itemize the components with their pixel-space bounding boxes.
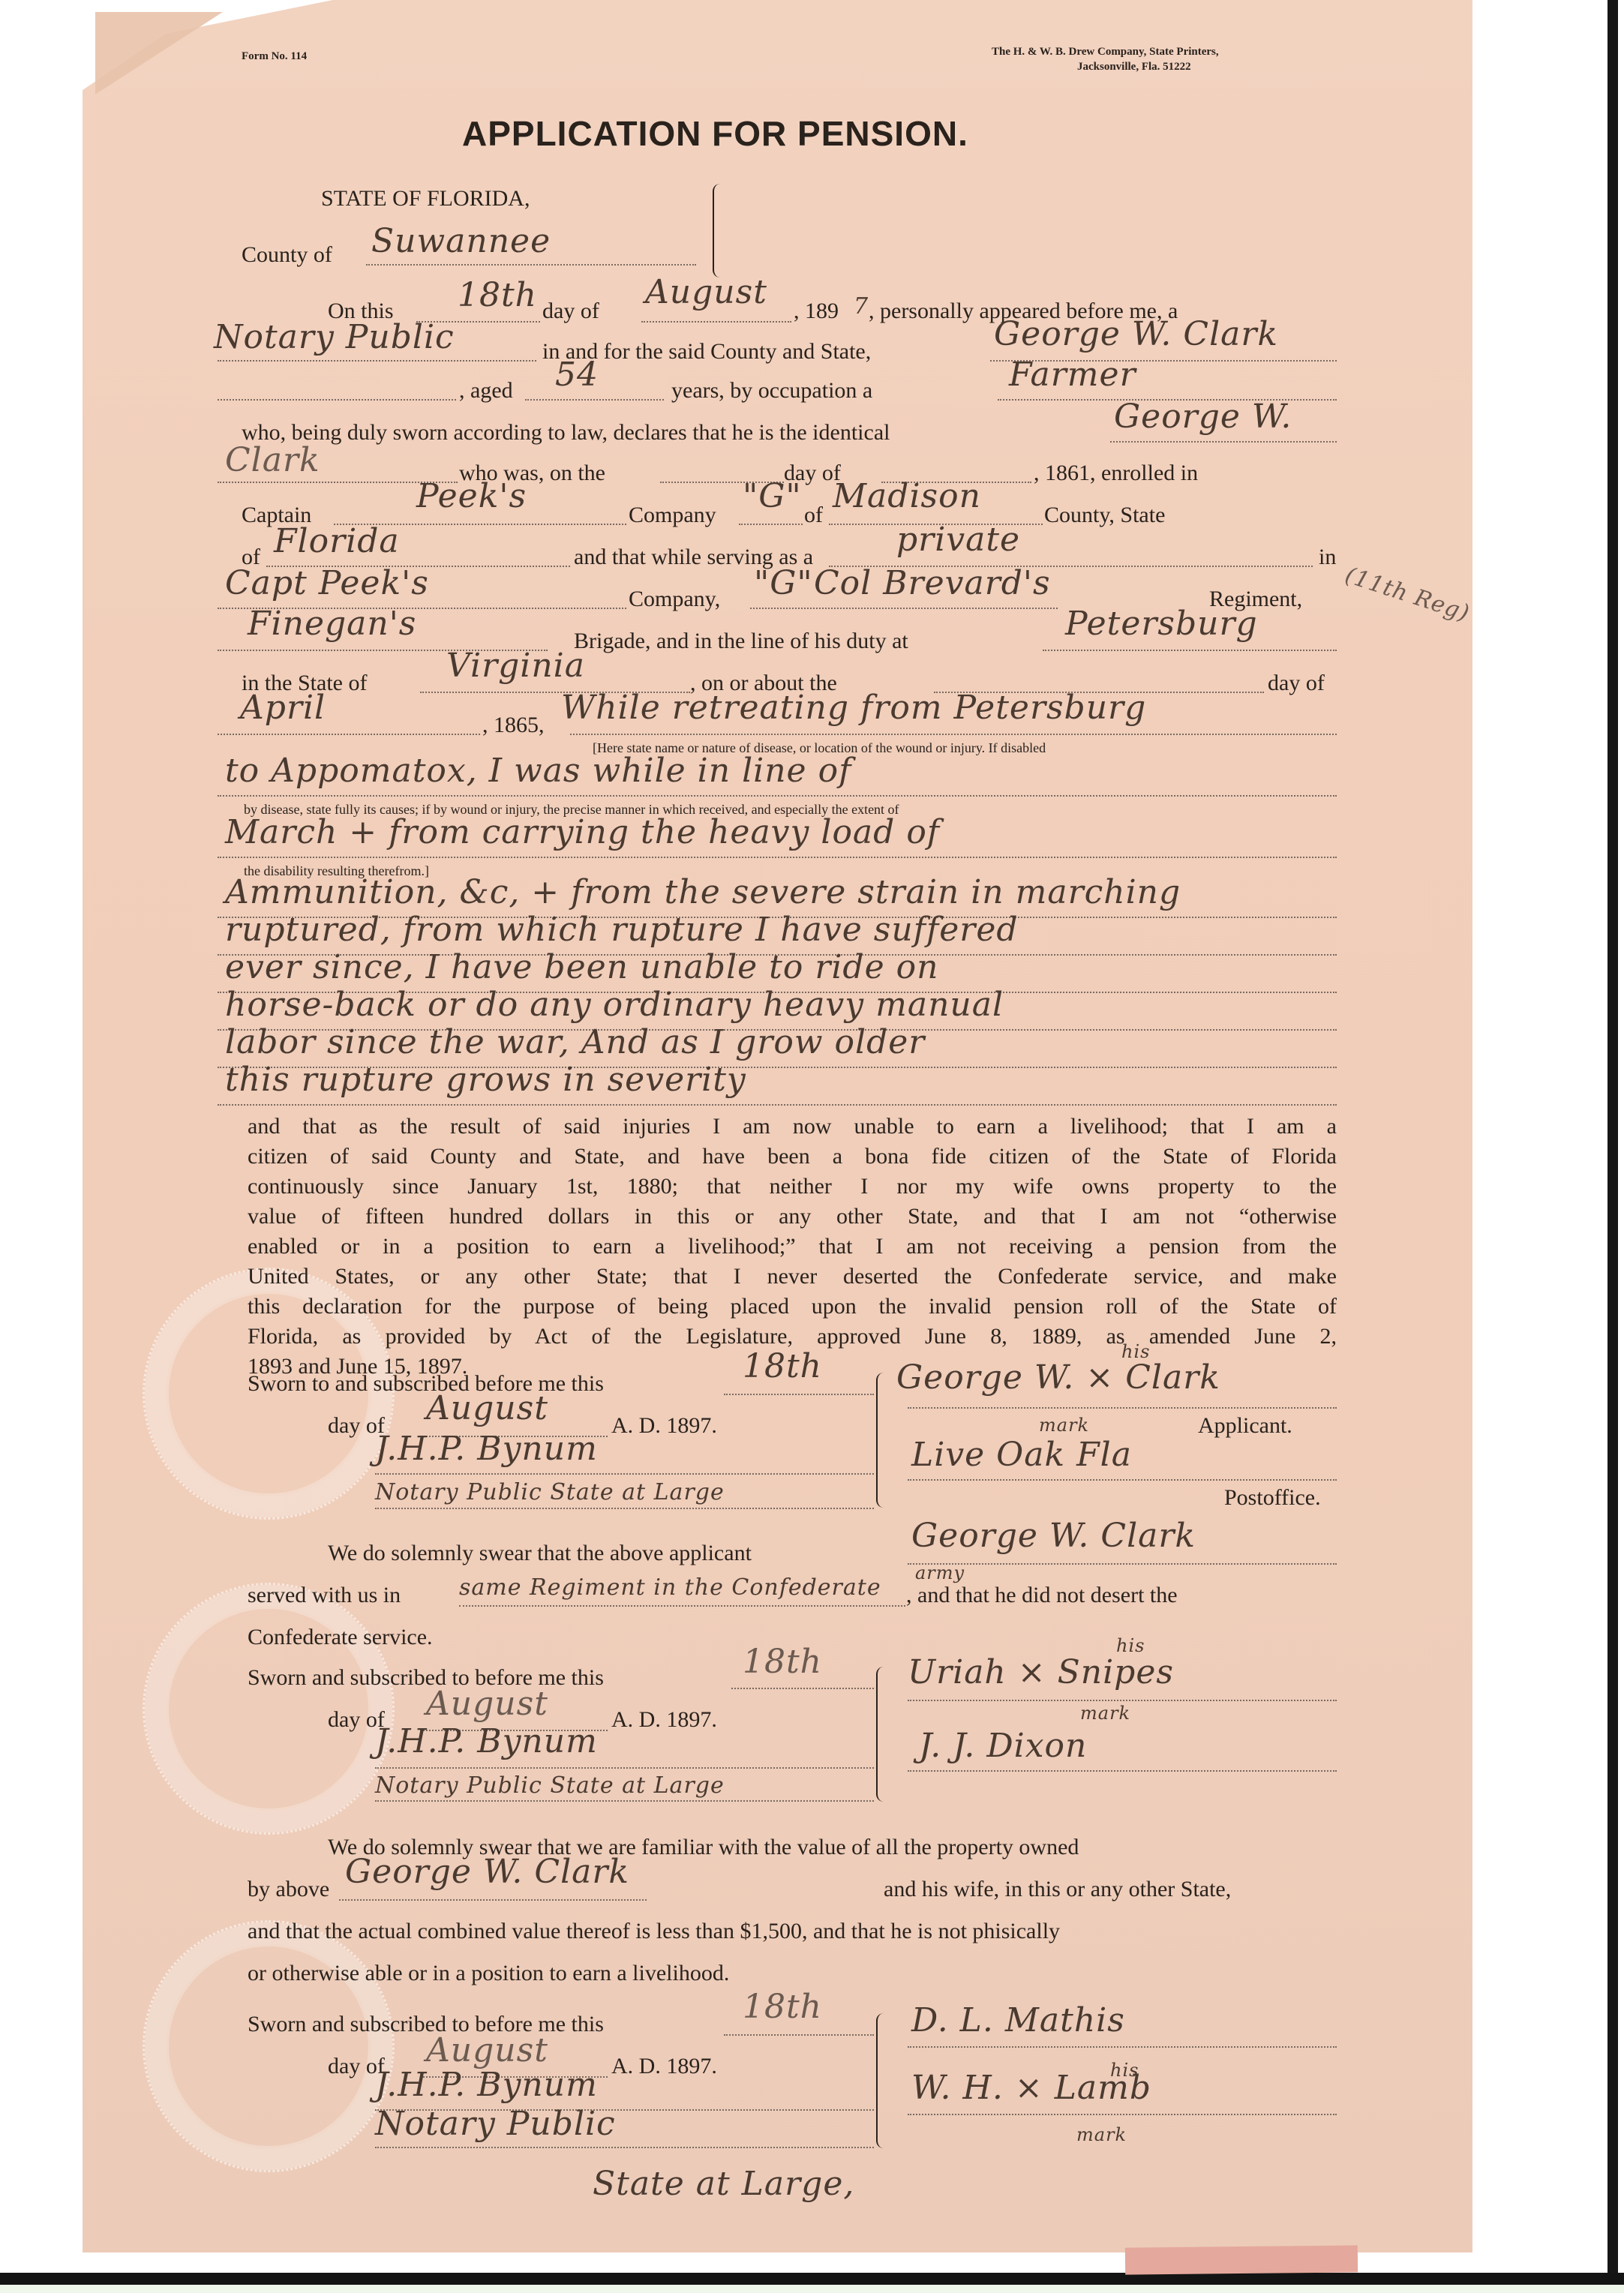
witness3-line	[908, 2046, 1337, 2048]
company2-label: Company,	[629, 588, 720, 611]
identical-text: who, being duly sworn according to law, …	[242, 422, 890, 444]
attached-slip	[1125, 2245, 1358, 2274]
of-label: of	[804, 504, 823, 527]
his-label: his	[1110, 2061, 1139, 2079]
in-label: in	[1319, 546, 1336, 569]
name-cont-line	[218, 399, 456, 401]
jurat1-notary-signature: J.H.P. Bynum	[375, 1433, 598, 1466]
company-value: "G"	[743, 480, 802, 513]
property-name-value: George W. Clark	[345, 1856, 629, 1889]
witness1-line	[908, 1700, 1337, 1701]
jurat2-ad-year: A. D. 1897.	[611, 1709, 717, 1731]
capt-company-value: Capt Peek's	[225, 567, 429, 600]
served-value: same Regiment in the Confederate	[459, 1577, 881, 1599]
years-occupation-text: years, by occupation a	[671, 380, 872, 402]
county-line	[366, 264, 696, 266]
jurat1-brace	[876, 1373, 890, 1508]
postoffice-label: Postoffice.	[1224, 1487, 1321, 1509]
statement-text-1: While retreating from Petersburg	[561, 692, 1146, 725]
statement-line-3	[218, 857, 1337, 858]
jurat1-day-line	[724, 1394, 874, 1395]
regiment-line	[750, 608, 1058, 609]
embossed-seal-icon	[143, 1920, 395, 2172]
statement-line-9	[218, 1104, 1337, 1106]
declaration-body: and that as the result of said injuries …	[248, 1112, 1337, 1382]
month-line	[641, 321, 791, 323]
officer-line	[218, 360, 536, 362]
statement-text-2: to Appomatox, I was while in line of	[225, 755, 851, 788]
jurat3-title-line	[375, 2147, 874, 2148]
jurat3-day-line	[724, 2034, 874, 2036]
venue-brace	[713, 184, 726, 278]
jurat3-notary-title-2: State at Large,	[593, 2168, 854, 2201]
jurat3-ad-year: A. D. 1897.	[611, 2055, 717, 2078]
witness2-signature: J. J. Dixon	[919, 1730, 1087, 1763]
witness-oath-text-4: Confederate service.	[248, 1626, 433, 1649]
scan-frame-bottom	[0, 2273, 1624, 2285]
age-line	[525, 399, 664, 401]
served-line	[459, 1605, 905, 1607]
county2-value: Madison	[833, 480, 981, 513]
by-above-label: by above	[248, 1878, 329, 1901]
identical-name-1: George W.	[1114, 401, 1292, 434]
year-suffix: 7	[854, 296, 869, 318]
jurat3-notary-signature: J.H.P. Bynum	[375, 2069, 598, 2102]
body-line: this declaration for the purpose of bein…	[248, 1292, 1337, 1322]
company-label: Company	[629, 504, 716, 527]
witness-oath-text-1: We do solemnly swear that the above appl…	[328, 1542, 752, 1565]
county-state-text: County, State	[1044, 504, 1165, 527]
mark-label: mark	[1039, 1416, 1089, 1434]
his-label: his	[1116, 1637, 1145, 1655]
jurat1-day-value: 18th	[743, 1350, 822, 1383]
statement-text-8: labor since the war, And as I grow older	[225, 1026, 925, 1059]
jurat1-notary-title: Notary Public State at Large	[375, 1481, 725, 1504]
witness4-line	[908, 2114, 1337, 2115]
jurat2-notary-title: Notary Public State at Large	[375, 1775, 725, 1797]
applicant-label: Applicant.	[1198, 1415, 1292, 1437]
month2-value: April	[240, 692, 326, 725]
jurat3-brace	[876, 2013, 890, 2148]
witness-oath-text-3: , and that he did not desert the	[906, 1584, 1178, 1607]
county-value: Suwannee	[371, 225, 551, 258]
rank-value: private	[896, 524, 1020, 557]
body-line: enabled or in a position to earn a livel…	[248, 1232, 1337, 1262]
company-line	[739, 524, 803, 525]
witness3-signature: D. L. Mathis	[911, 2004, 1125, 2037]
state-label: STATE OF FLORIDA,	[321, 188, 530, 210]
scan-frame-right	[1607, 0, 1618, 2284]
day-of-label: day of	[542, 300, 599, 323]
captain-value: Peek's	[416, 480, 527, 513]
statement-line-2	[218, 795, 1337, 797]
statement-text-7: horse-back or do any ordinary heavy manu…	[225, 989, 1004, 1022]
month2-line	[218, 734, 480, 735]
witness-oath-text-2: served with us in	[248, 1584, 401, 1607]
age-value: 54	[555, 359, 599, 392]
jurat2-day-line	[731, 1688, 874, 1689]
postoffice-line	[908, 1479, 1337, 1481]
body-line: citizen of said County and State, and ha…	[248, 1142, 1337, 1172]
place-value: Petersburg	[1065, 608, 1258, 641]
state-value: Florida	[274, 525, 400, 558]
brigade-value: Finegan's	[248, 608, 416, 641]
applicant-signature: George W. × Clark	[896, 1361, 1220, 1394]
printer-line-2: Jacksonville, Fla. 51222	[1077, 62, 1191, 73]
jurat1-month-value: August	[426, 1392, 548, 1425]
form-number: Form No. 114	[242, 51, 307, 62]
enroll-year: , 1861, enrolled in	[1034, 462, 1198, 485]
officer-value: Notary Public	[214, 321, 455, 354]
body-line: and that as the result of said injuries …	[248, 1112, 1337, 1142]
jurat2-day-value: 18th	[743, 1646, 822, 1679]
jurat2-notary-line	[375, 1767, 874, 1769]
jurat2-notary-signature: J.H.P. Bynum	[375, 1725, 598, 1758]
regiment-value: Col Brevard's	[814, 567, 1051, 600]
statement-text-9: this rupture grows in severity	[225, 1064, 746, 1097]
witness2-line	[908, 1770, 1337, 1772]
mark-label: mark	[1076, 2126, 1127, 2144]
jurat3-day-value: 18th	[743, 1991, 822, 2024]
witness1-signature: Uriah × Snipes	[908, 1656, 1174, 1689]
property-name-line	[339, 1899, 647, 1901]
applicant-name: George W. Clark	[994, 318, 1278, 351]
statement-text-5: ruptured, from which rupture I have suff…	[225, 914, 1019, 947]
jurat3-notary-title: Notary Public	[375, 2108, 616, 2141]
witness-applicant-name: George W. Clark	[911, 1520, 1196, 1553]
county-label: County of	[242, 244, 332, 266]
statement-line-1	[570, 734, 1337, 735]
identical-line	[1110, 441, 1337, 443]
brigade-text: Brigade, and in the line of his duty at	[574, 630, 908, 653]
year2-label: , 1865,	[482, 714, 545, 737]
state2-value: Virginia	[446, 650, 585, 683]
jurat1-title-line	[375, 1508, 874, 1509]
witness-applicant-line	[908, 1563, 1337, 1565]
statement-text-6: ever since, I have been unable to ride o…	[225, 951, 938, 984]
jurat1-notary-line	[375, 1473, 874, 1475]
served-insert: army	[915, 1564, 965, 1582]
place-line	[1043, 650, 1337, 651]
property-oath-text-4: or otherwise able or in a position to ea…	[248, 1962, 729, 1985]
statement-text-3: March + from carrying the heavy load of	[225, 816, 940, 849]
jurat2-title-line	[375, 1800, 874, 1802]
aged-label: , aged	[459, 380, 513, 402]
body-line: value of fifteen hundred dollars in this…	[248, 1202, 1337, 1232]
day-of2-label: day of	[1268, 672, 1325, 695]
identical-name-2: Clark	[225, 444, 320, 477]
day-value: 18th	[458, 279, 537, 312]
postoffice-value: Live Oak Fla	[911, 1439, 1132, 1472]
jurat2-month-value: August	[426, 1688, 548, 1721]
his-label: his	[1121, 1343, 1150, 1361]
printer-line-1: The H. & W. B. Drew Company, State Print…	[992, 47, 1219, 58]
mark-label: mark	[1080, 1704, 1130, 1722]
month-value: August	[645, 276, 767, 309]
year-prefix: , 189	[794, 300, 839, 323]
company2-value: "G"	[754, 567, 813, 600]
property-oath-text-2: and his wife, in this or any other State…	[884, 1878, 1231, 1901]
jurat1-ad-year: A. D. 1897.	[611, 1415, 717, 1437]
jurat2-brace	[876, 1667, 890, 1802]
body-line: United States, or any other State; that …	[248, 1262, 1337, 1292]
body-line: continuously since January 1st, 1880; th…	[248, 1172, 1337, 1202]
jurat3-month-value: August	[426, 2034, 548, 2067]
property-oath-text-3: and that the actual combined value there…	[248, 1920, 1060, 1943]
statement-text-4: Ammunition, &c, + from the severe strain…	[225, 876, 1181, 909]
applicant-signature-line	[908, 1407, 1337, 1409]
page-title: APPLICATION FOR PENSION.	[462, 116, 968, 151]
occupation-value: Farmer	[1009, 359, 1136, 392]
scan-bottom-strip	[0, 2285, 1624, 2293]
